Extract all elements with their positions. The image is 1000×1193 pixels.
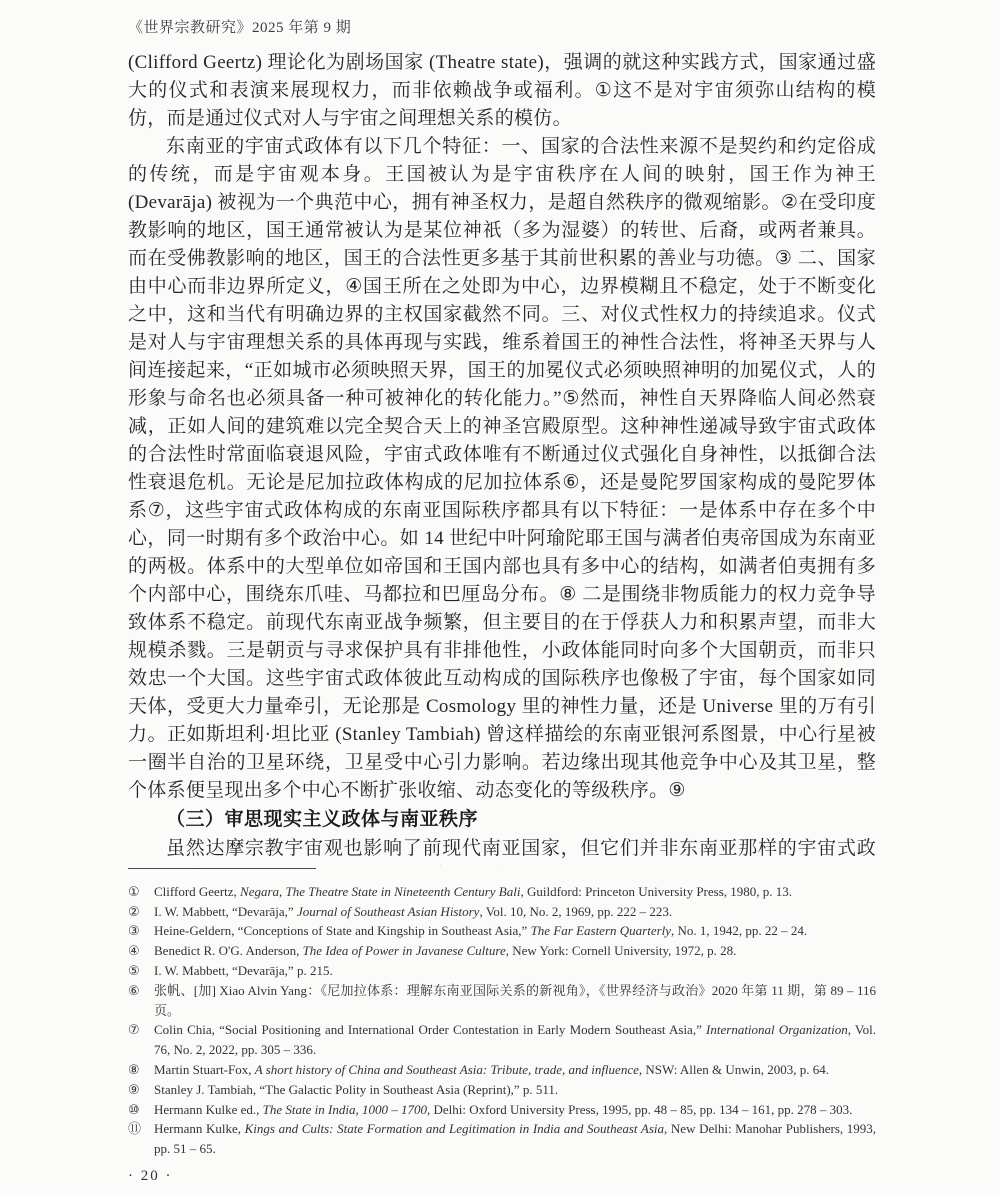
footnote-item: ⑩Hermann Kulke ed., The State in India, …: [128, 1100, 876, 1120]
journal-issue-header: 《世界宗教研究》2025 年第 9 期: [128, 16, 876, 37]
footnote-list: ①Clifford Geertz, Negara, The Theatre St…: [128, 882, 876, 1159]
footnote-text: Heine-Geldern, “Conceptions of State and…: [154, 921, 876, 941]
footnote-text: 张帆、[加] Xiao Alvin Yang：《尼加拉体系：理解东南亚国际关系的…: [154, 981, 876, 1021]
section-heading-south-asia: （三）审思现实主义政体与南亚秩序: [128, 805, 876, 835]
footnote-area: ①Clifford Geertz, Negara, The Theatre St…: [128, 866, 876, 1185]
footnote-marker: ⑧: [128, 1060, 154, 1080]
footnote-item: ①Clifford Geertz, Negara, The Theatre St…: [128, 882, 876, 902]
footnote-item: ⑤I. W. Mabbett, “Devarāja,” p. 215.: [128, 961, 876, 981]
footnote-marker: ⑩: [128, 1100, 154, 1120]
footnote-marker: ②: [128, 902, 154, 922]
footnote-marker: ⑤: [128, 961, 154, 981]
footnote-item: ③Heine-Geldern, “Conceptions of State an…: [128, 921, 876, 941]
paragraph-theatre-state: (Clifford Geertz) 理论化为剧场国家 (Theatre stat…: [128, 49, 876, 133]
footnote-item: ⑦Colin Chia, “Social Positioning and Int…: [128, 1020, 876, 1060]
footnote-marker: ⑪: [128, 1119, 154, 1159]
footnote-text: Hermann Kulke, Kings and Cults: State Fo…: [154, 1119, 876, 1159]
footnote-marker: ④: [128, 941, 154, 961]
footnote-marker: ⑥: [128, 981, 154, 1021]
footnote-text: Martin Stuart-Fox, A short history of Ch…: [154, 1060, 876, 1080]
footnote-item: ⑪Hermann Kulke, Kings and Cults: State F…: [128, 1119, 876, 1159]
footnote-text: Benedict R. O'G. Anderson, The Idea of P…: [154, 941, 876, 961]
footnote-text: Hermann Kulke ed., The State in India, 1…: [154, 1100, 876, 1120]
footnote-text: Clifford Geertz, Negara, The Theatre Sta…: [154, 882, 876, 902]
footnote-text: I. W. Mabbett, “Devarāja,” Journal of So…: [154, 902, 876, 922]
article-body: (Clifford Geertz) 理论化为剧场国家 (Theatre stat…: [128, 49, 876, 1003]
paragraph-cosmic-polity-features: 东南亚的宇宙式政体有以下几个特征：一、国家的合法性来源不是契约和约定俗成的传统，…: [128, 133, 876, 805]
footnote-item: ②I. W. Mabbett, “Devarāja,” Journal of S…: [128, 902, 876, 922]
footnote-marker: ③: [128, 921, 154, 941]
footnote-text: Stanley J. Tambiah, “The Galactic Polity…: [154, 1080, 876, 1100]
footnote-marker: ①: [128, 882, 154, 902]
footnote-separator-rule: [128, 868, 316, 869]
document-page: 《世界宗教研究》2025 年第 9 期 (Clifford Geertz) 理论…: [0, 0, 1000, 1193]
footnote-item: ⑧Martin Stuart-Fox, A short history of C…: [128, 1060, 876, 1080]
page-number: · 20 ·: [128, 1168, 876, 1185]
footnote-text: I. W. Mabbett, “Devarāja,” p. 215.: [154, 961, 876, 981]
footnote-text: Colin Chia, “Social Positioning and Inte…: [154, 1020, 876, 1060]
footnote-item: ⑨Stanley J. Tambiah, “The Galactic Polit…: [128, 1080, 876, 1100]
footnote-item: ④Benedict R. O'G. Anderson, The Idea of …: [128, 941, 876, 961]
footnote-marker: ⑦: [128, 1020, 154, 1060]
footnote-item: ⑥张帆、[加] Xiao Alvin Yang：《尼加拉体系：理解东南亚国际关系…: [128, 981, 876, 1021]
footnote-marker: ⑨: [128, 1080, 154, 1100]
